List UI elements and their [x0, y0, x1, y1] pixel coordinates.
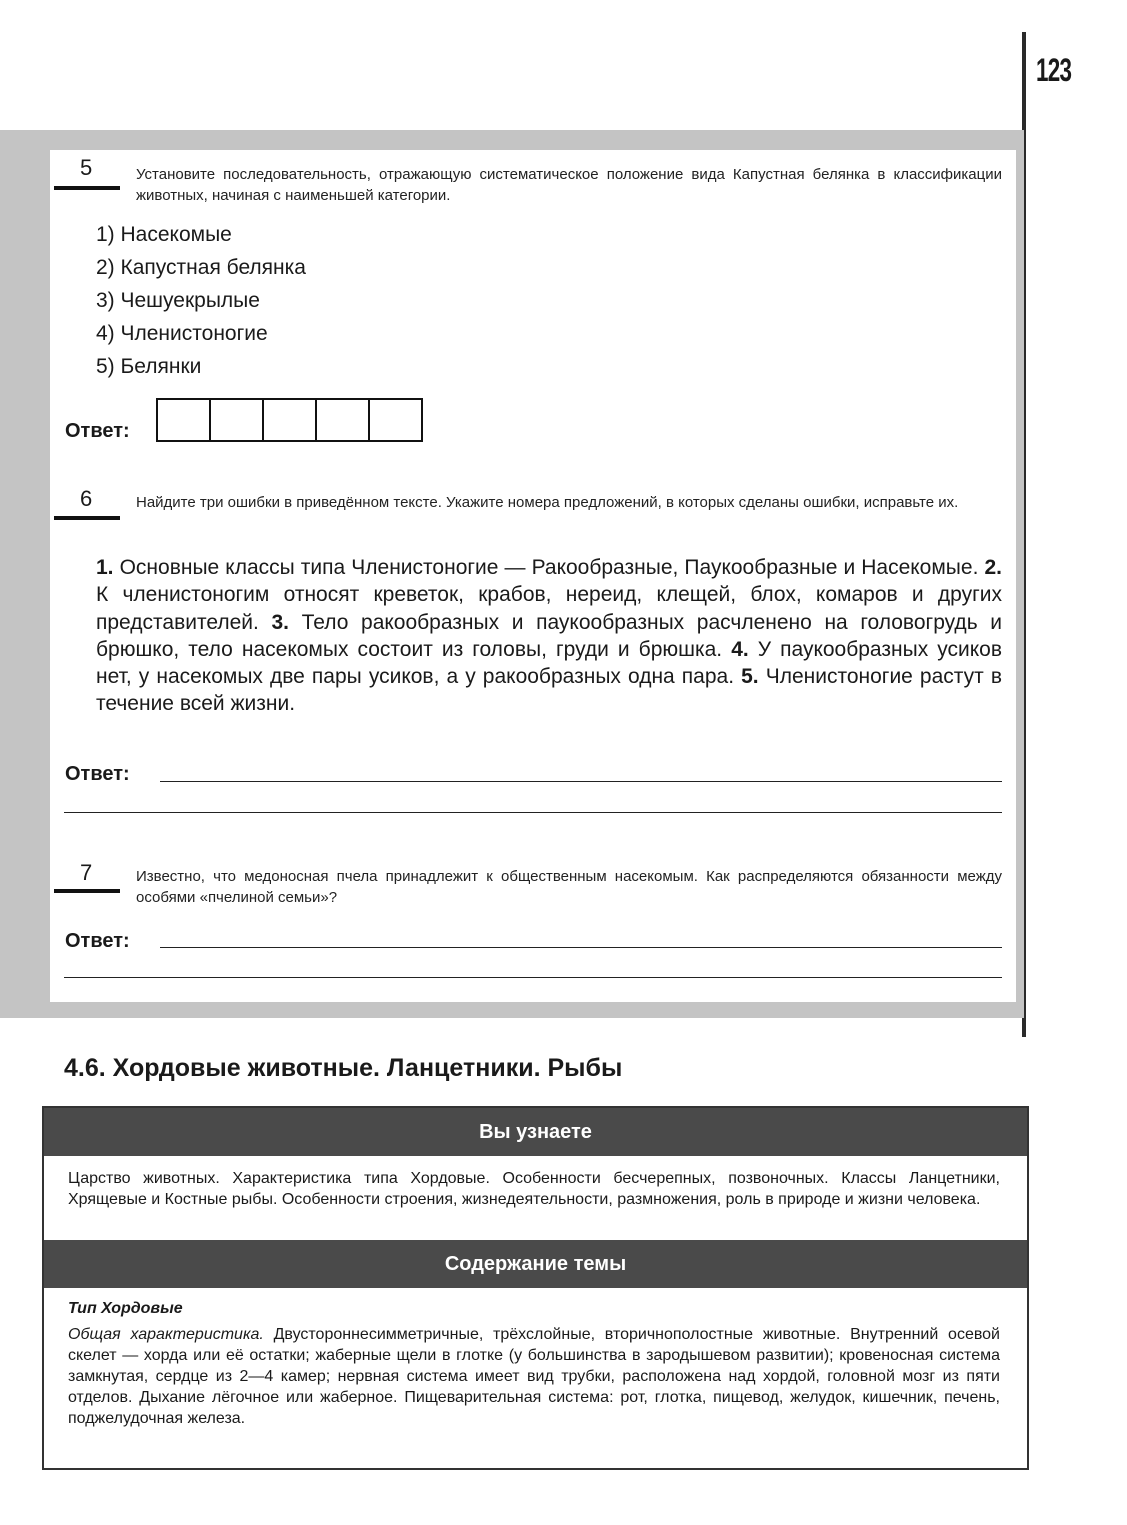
char-label: Общая характеристика. [68, 1326, 264, 1343]
learn-text: Царство животных. Характеристика типа Хо… [68, 1168, 1000, 1210]
task-7-question: Известно, что медоносная пчела принадлеж… [136, 866, 1002, 908]
task-5-number: 5 [80, 155, 92, 181]
task-5-answer-cells[interactable] [156, 398, 423, 442]
subheading: Тип Хордовые [68, 1298, 1000, 1319]
task-5-option-3: 3) Чешуекрылые [96, 289, 260, 313]
task-6-text: 1. Основные классы типа Членистоногие — … [96, 554, 1002, 718]
learn-header: Вы узнаете [44, 1108, 1027, 1156]
task-6-question: Найдите три ошибки в приведённом тексте.… [136, 492, 1002, 513]
task-6-answer-label: Ответ: [65, 763, 130, 786]
sentence-number: 1. [96, 556, 114, 579]
answer-cell[interactable] [264, 400, 317, 440]
task-7-answer-label: Ответ: [65, 930, 130, 953]
task-7-answer-line-2[interactable] [64, 977, 1002, 978]
task-5-option-2: 2) Капустная белянка [96, 256, 306, 280]
task-5-rule [54, 186, 120, 190]
content-text: Общая характеристика. Двустороннесимметр… [68, 1324, 1000, 1429]
task-5-option-4: 4) Членистоногие [96, 322, 268, 346]
task-7-rule [54, 889, 120, 893]
task-6-number: 6 [80, 486, 92, 512]
sentence: Основные классы типа Членистоногие — Рак… [114, 556, 985, 579]
task-7-number: 7 [80, 860, 92, 886]
sentence-number: 5. [741, 665, 759, 688]
task-6-answer-line[interactable] [160, 781, 1002, 782]
task-6-answer-line-2[interactable] [64, 812, 1002, 813]
sentence-number: 4. [731, 638, 749, 661]
answer-cell[interactable] [317, 400, 370, 440]
task-5-option-1: 1) Насекомые [96, 223, 232, 247]
task-5-question: Установите последовательность, отражающу… [136, 164, 1002, 206]
content-header: Содержание темы [44, 1240, 1027, 1288]
task-6-rule [54, 516, 120, 520]
page-number: 123 [1036, 52, 1071, 89]
task-5-answer-label: Ответ: [65, 420, 130, 443]
answer-cell[interactable] [158, 400, 211, 440]
task-5-option-5: 5) Белянки [96, 355, 201, 379]
sentence-number: 3. [271, 611, 289, 634]
answer-cell[interactable] [370, 400, 421, 440]
task-7-answer-line[interactable] [160, 947, 1002, 948]
section-title: 4.6. Хордовые животные. Ланцетники. Рыбы [64, 1054, 622, 1083]
sentence-number: 2. [984, 556, 1002, 579]
answer-cell[interactable] [211, 400, 264, 440]
topic-box: Вы узнаете Царство животных. Характерист… [42, 1106, 1029, 1470]
